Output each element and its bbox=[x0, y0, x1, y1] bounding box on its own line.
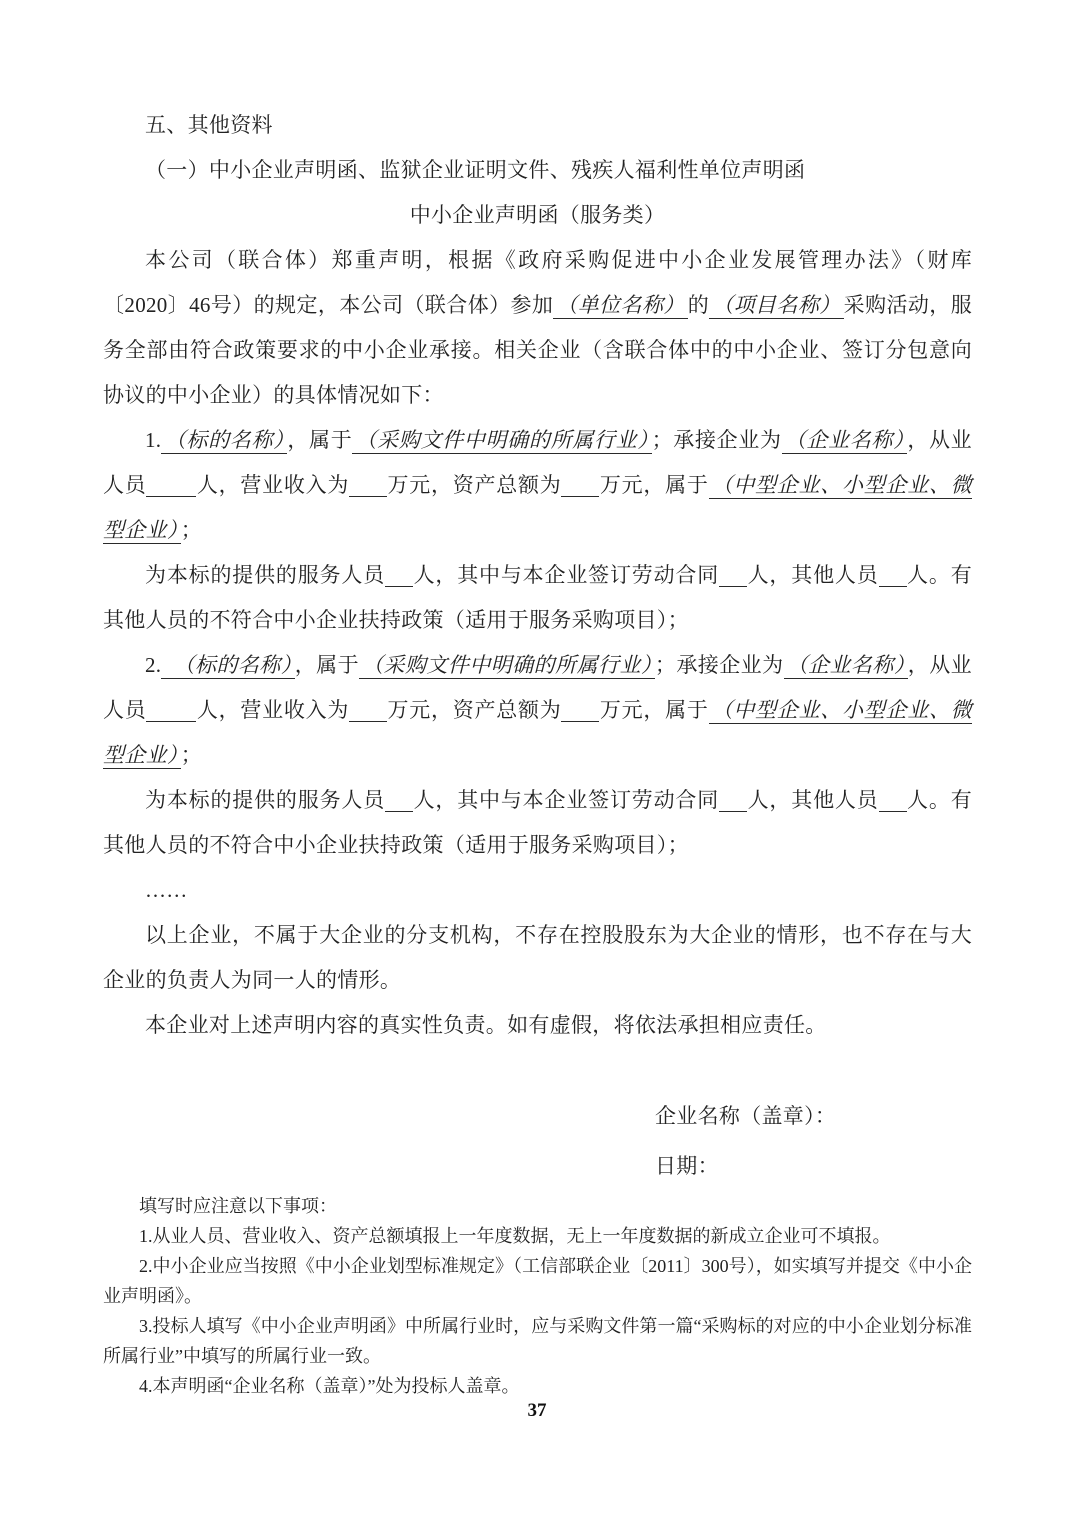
note-item-2: 2.中小企业应当按照《中小企业划型标准规定》（工信部联企业〔2011〕300号）… bbox=[103, 1251, 972, 1311]
section-heading: 五、其他资料 bbox=[103, 103, 972, 148]
project-name-placeholder: （项目名称） bbox=[709, 293, 843, 319]
notes-section: 填写时应注意以下事项： 1.从业人员、营业收入、资产总额填报上一年度数据，无上一… bbox=[103, 1191, 972, 1401]
ellipsis-text: …… bbox=[145, 878, 188, 902]
item-number: 2. bbox=[145, 653, 161, 677]
text-run: 万元，资产总额为 bbox=[387, 473, 561, 497]
company-name-placeholder: （企业名称） bbox=[784, 653, 908, 679]
note-item-1: 1.从业人员、营业收入、资产总额填报上一年度数据，无上一年度数据的新成立企业可不… bbox=[103, 1221, 972, 1251]
text-run: 的 bbox=[688, 293, 709, 317]
text-run: 人，营业收入为 bbox=[196, 473, 349, 497]
text-run: 人，其中与本企业签订劳动合同 bbox=[413, 563, 719, 587]
section-heading-text: 五、其他资料 bbox=[145, 113, 273, 137]
note-item-3: 3.投标人填写《中小企业声明函》中所属行业时，应与采购文件第一篇“采购标的对应的… bbox=[103, 1311, 972, 1371]
text-run: 人，其中与本企业签订劳动合同 bbox=[413, 788, 719, 812]
notes-heading: 填写时应注意以下事项： bbox=[103, 1191, 972, 1221]
text-run: 人，营业收入为 bbox=[196, 698, 349, 722]
other-staff-blank bbox=[879, 582, 907, 587]
text-run: 以上企业，不属于大企业的分支机构，不存在控股股东为大企业的情形，也不存在与大企业… bbox=[103, 923, 972, 992]
text-run: 为本标的提供的服务人员 bbox=[145, 563, 385, 587]
text-run: 2.中小企业应当按照《中小企业划型标准规定》（工信部联企业〔2011〕300号）… bbox=[103, 1256, 972, 1306]
text-run: 万元，属于 bbox=[599, 698, 708, 722]
staff-count-blank bbox=[146, 717, 196, 722]
note-item-4: 4.本声明函“企业名称（盖章）”处为投标人盖章。 bbox=[103, 1371, 972, 1401]
closing-paragraph-1: 以上企业，不属于大企业的分支机构，不存在控股股东为大企业的情形，也不存在与大企业… bbox=[103, 913, 972, 1003]
staff-count-blank bbox=[146, 492, 196, 497]
notes-heading-text: 填写时应注意以下事项： bbox=[139, 1196, 337, 1216]
closing-paragraph-2: 本企业对上述声明内容的真实性负责。如有虚假，将依法承担相应责任。 bbox=[103, 1003, 972, 1048]
text-run: ，属于 bbox=[287, 428, 352, 452]
document-page: 五、其他资料 （一）中小企业声明函、监狱企业证明文件、残疾人福利性单位声明函 中… bbox=[0, 0, 1074, 1520]
unit-name-placeholder: （单位名称） bbox=[553, 293, 687, 319]
declaration-title: 中小企业声明函（服务类） bbox=[103, 193, 972, 238]
text-run: 1.从业人员、营业收入、资产总额填报上一年度数据，无上一年度数据的新成立企业可不… bbox=[139, 1226, 891, 1246]
text-run: 人，其他人员 bbox=[747, 563, 878, 587]
ellipsis-line: …… bbox=[103, 868, 972, 913]
text-run: ，属于 bbox=[295, 653, 359, 677]
revenue-blank bbox=[349, 492, 387, 497]
subsection-heading-text: （一）中小企业声明函、监狱企业证明文件、残疾人福利性单位声明函 bbox=[145, 158, 805, 182]
item-2-service-paragraph: 为本标的提供的服务人员人，其中与本企业签订劳动合同人，其他人员人。有其他人员的不… bbox=[103, 778, 972, 868]
subject-name-placeholder: （标的名称） bbox=[161, 428, 287, 454]
industry-placeholder: （采购文件中明确的所属行业） bbox=[352, 428, 651, 454]
company-name-placeholder: （企业名称） bbox=[782, 428, 908, 454]
text-run: 本企业对上述声明内容的真实性负责。如有虚假，将依法承担相应责任。 bbox=[145, 1013, 827, 1037]
intro-paragraph: 本公司（联合体）郑重声明，根据《政府采购促进中小企业发展管理办法》（财库〔202… bbox=[103, 238, 972, 418]
item-1-paragraph: 1.（标的名称），属于（采购文件中明确的所属行业）；承接企业为（企业名称），从业… bbox=[103, 418, 972, 553]
document-body: 五、其他资料 （一）中小企业声明函、监狱企业证明文件、残疾人福利性单位声明函 中… bbox=[103, 103, 972, 1401]
assets-blank bbox=[561, 492, 599, 497]
page-number: 37 bbox=[0, 1400, 1074, 1422]
text-run: ；承接企业为 bbox=[655, 653, 784, 677]
declaration-title-text: 中小企业声明函（服务类） bbox=[410, 203, 666, 227]
page-number-text: 37 bbox=[528, 1400, 547, 1421]
company-seal-label: 企业名称（盖章）： bbox=[655, 1104, 836, 1128]
item-2-paragraph: 2.（标的名称），属于（采购文件中明确的所属行业）；承接企业为（企业名称），从业… bbox=[103, 643, 972, 778]
text-run: 3.投标人填写《中小企业声明函》中所属行业时，应与采购文件第一篇“采购标的对应的… bbox=[103, 1316, 972, 1366]
service-staff-blank bbox=[385, 807, 413, 812]
date-label: 日期： bbox=[655, 1154, 719, 1178]
signature-block: 企业名称（盖章）： 日期： bbox=[655, 1094, 972, 1189]
contract-staff-blank bbox=[719, 807, 747, 812]
text-run: 万元，属于 bbox=[599, 473, 708, 497]
revenue-blank bbox=[349, 717, 387, 722]
subject-name-placeholder: （标的名称） bbox=[161, 653, 294, 679]
contract-staff-blank bbox=[719, 582, 747, 587]
text-run: 为本标的提供的服务人员 bbox=[145, 788, 385, 812]
other-staff-blank bbox=[879, 807, 907, 812]
assets-blank bbox=[561, 717, 599, 722]
subsection-heading: （一）中小企业声明函、监狱企业证明文件、残疾人福利性单位声明函 bbox=[103, 148, 972, 193]
company-seal-line: 企业名称（盖章）： bbox=[655, 1094, 972, 1139]
text-run: ； bbox=[181, 743, 202, 767]
text-run: ；承接企业为 bbox=[652, 428, 782, 452]
text-run: 万元，资产总额为 bbox=[387, 698, 561, 722]
service-staff-blank bbox=[385, 582, 413, 587]
text-run: ； bbox=[181, 518, 202, 542]
item-1-service-paragraph: 为本标的提供的服务人员人，其中与本企业签订劳动合同人，其他人员人。有其他人员的不… bbox=[103, 553, 972, 643]
industry-placeholder: （采购文件中明确的所属行业） bbox=[359, 653, 655, 679]
item-number: 1. bbox=[145, 428, 161, 452]
text-run: 4.本声明函“企业名称（盖章）”处为投标人盖章。 bbox=[139, 1376, 519, 1396]
text-run: 人，其他人员 bbox=[747, 788, 878, 812]
date-line: 日期： bbox=[655, 1144, 972, 1189]
